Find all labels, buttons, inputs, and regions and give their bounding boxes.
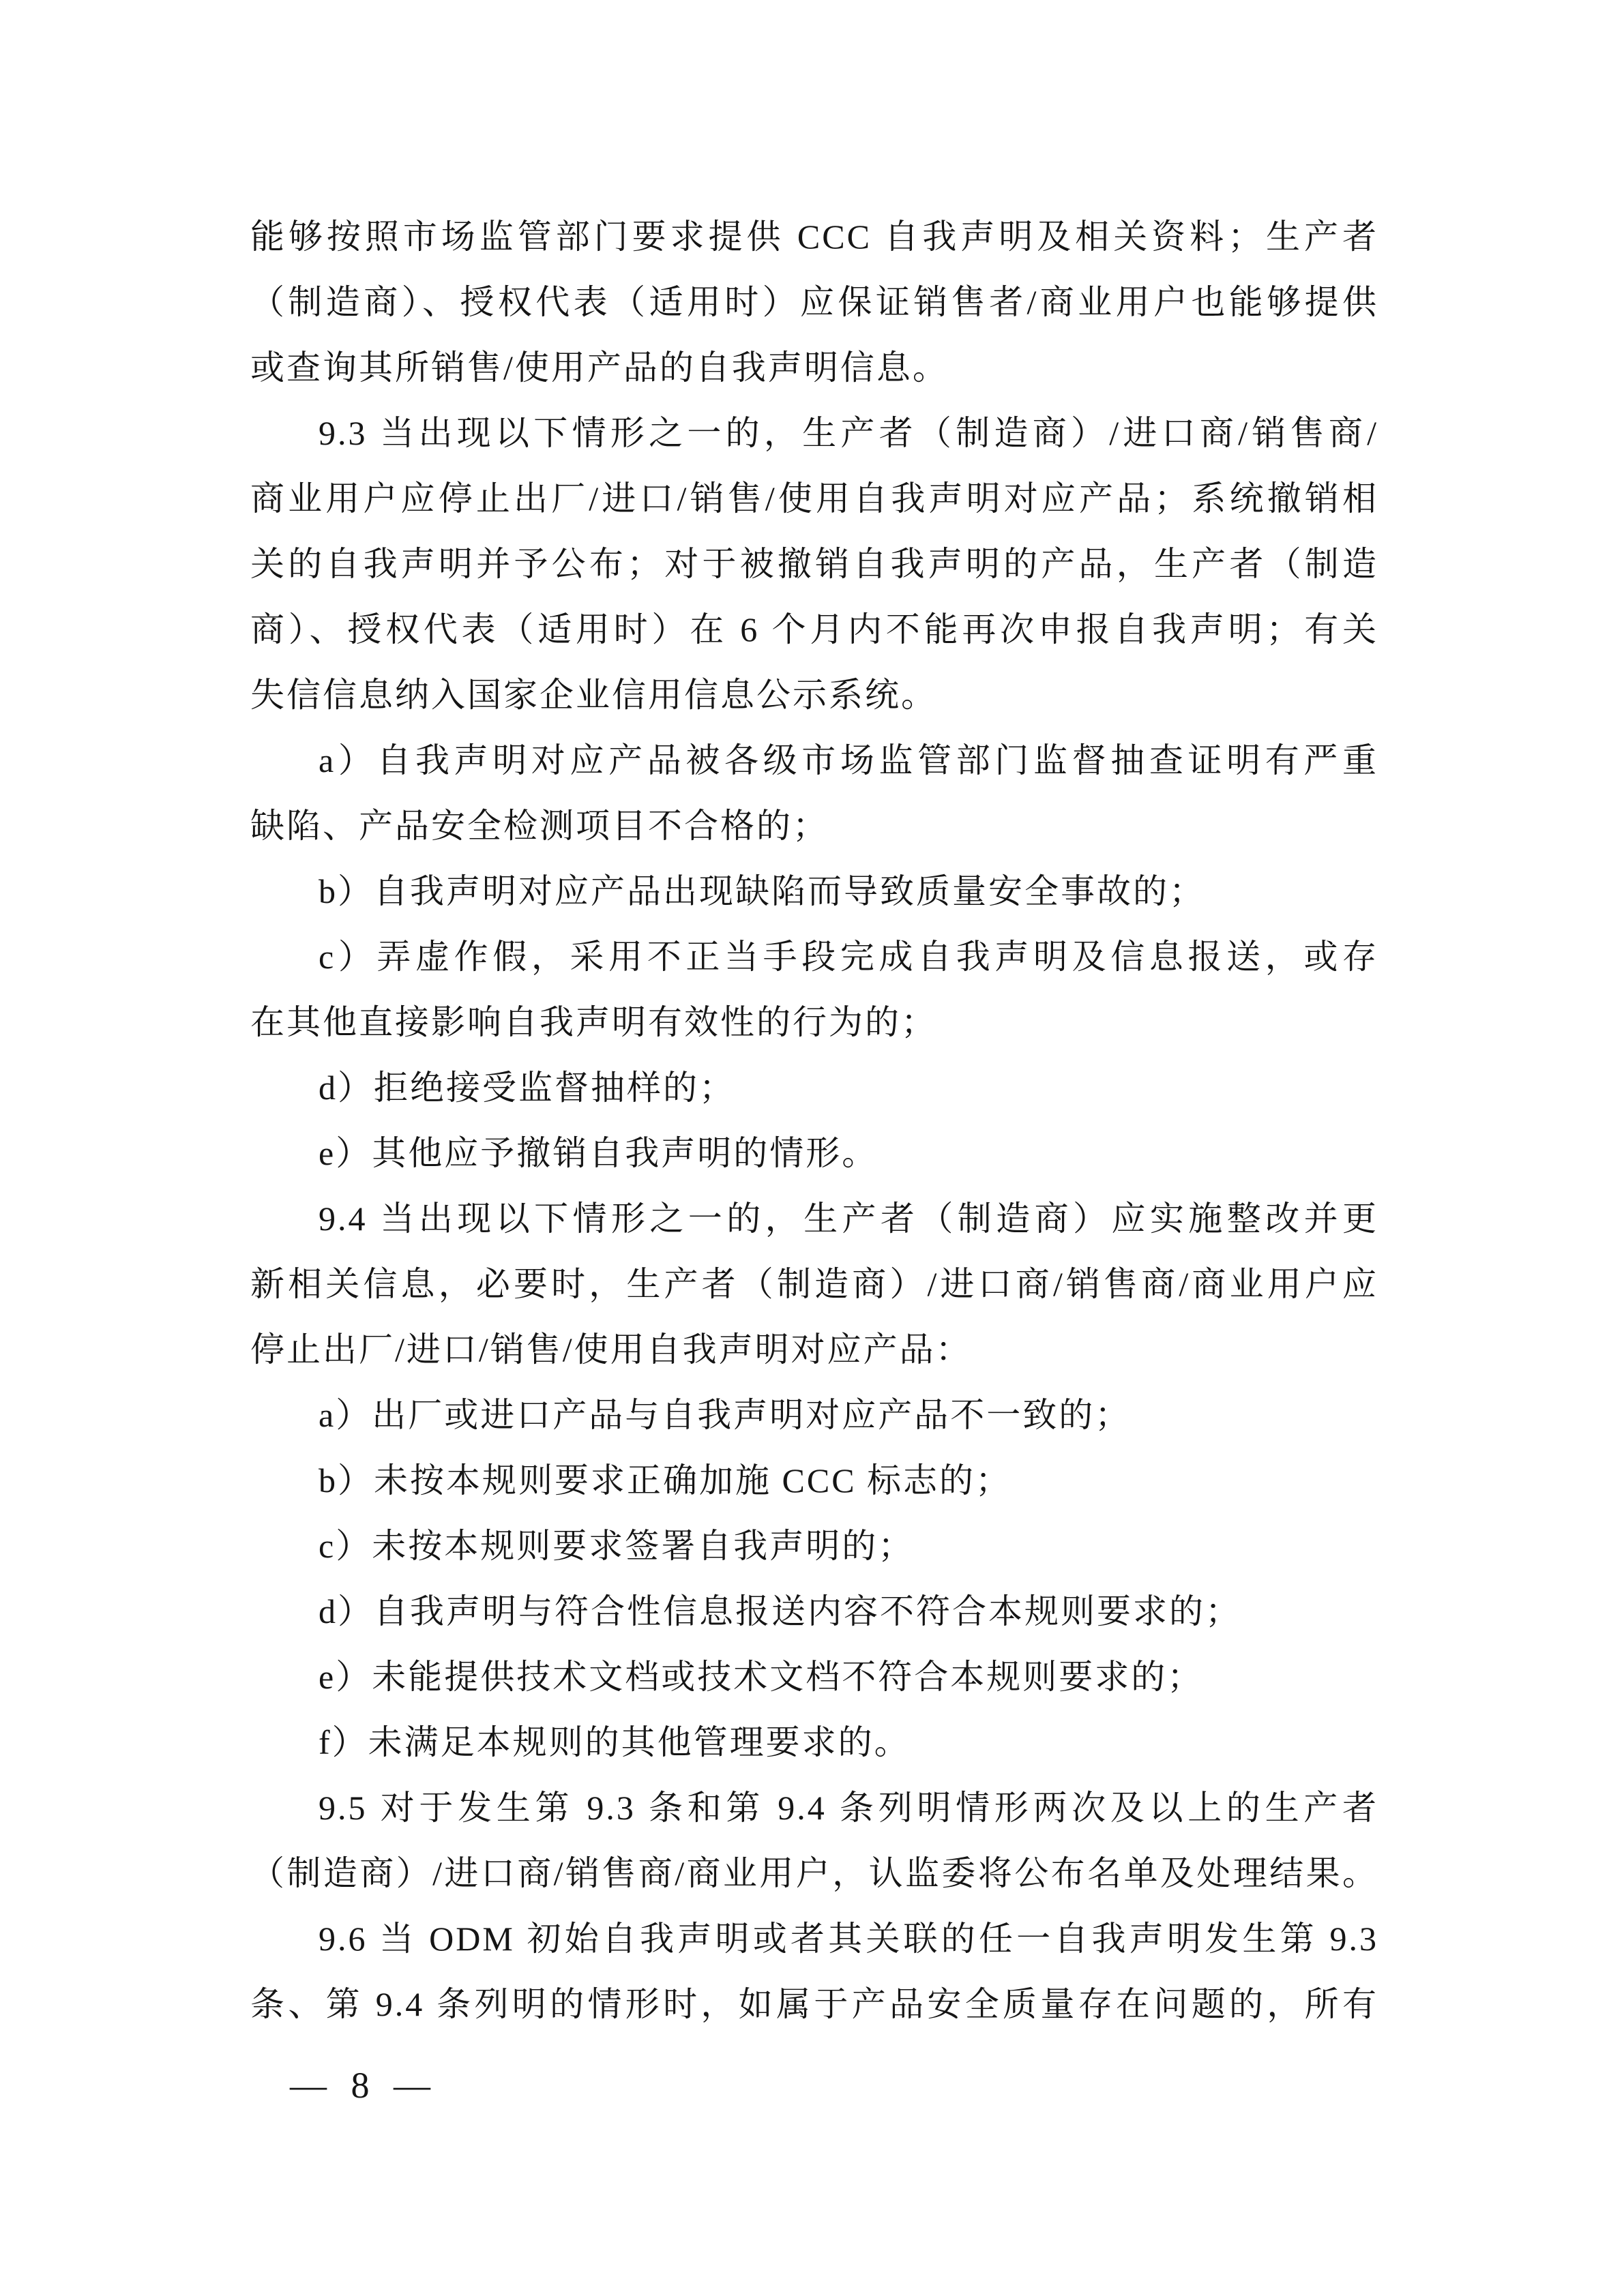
text-line: 在其他直接影响自我声明有效性的行为的； (250, 989, 1378, 1055)
text-line: 或查询其所销售/使用产品的自我声明信息。 (250, 335, 1378, 400)
text-line: 能够按照市场监管部门要求提供 CCC 自我声明及相关资料；生产者 (250, 204, 1378, 269)
text-line-item-f: f）未满足本规则的其他管理要求的。 (250, 1710, 1378, 1775)
text-line-item-c: c）未按本规则要求签署自我声明的； (250, 1513, 1378, 1579)
text-line-item-b: b）自我声明对应产品出现缺陷而导致质量安全事故的； (250, 859, 1378, 924)
text-line: 失信信息纳入国家企业信用信息公示系统。 (250, 662, 1378, 728)
text-line: （制造商）/进口商/销售商/商业用户，认监委将公布名单及处理结果。 (250, 1840, 1378, 1906)
text-line: 新相关信息，必要时，生产者（制造商）/进口商/销售商/商业用户应 (250, 1251, 1378, 1317)
text-line: 停止出厂/进口/销售/使用自我声明对应产品： (250, 1317, 1378, 1382)
text-line: 条、第 9.4 条列明的情形时，如属于产品安全质量存在问题的，所有 (250, 1971, 1378, 2037)
document-body: 能够按照市场监管部门要求提供 CCC 自我声明及相关资料；生产者 （制造商）、授… (250, 204, 1378, 2037)
text-line: 缺陷、产品安全检测项目不合格的； (250, 793, 1378, 859)
text-line-section-9-5: 9.5 对于发生第 9.3 条和第 9.4 条列明情形两次及以上的生产者 (250, 1775, 1378, 1840)
text-line-section-9-4: 9.4 当出现以下情形之一的，生产者（制造商）应实施整改并更 (250, 1186, 1378, 1251)
page-number: — 8 — (290, 2053, 433, 2118)
text-line-item-b: b）未按本规则要求正确加施 CCC 标志的； (250, 1448, 1378, 1513)
text-line: （制造商）、授权代表（适用时）应保证销售者/商业用户也能够提供 (250, 269, 1378, 335)
text-line-item-a: a）出厂或进口产品与自我声明对应产品不一致的； (250, 1382, 1378, 1448)
text-line-item-d: d）自我声明与符合性信息报送内容不符合本规则要求的； (250, 1579, 1378, 1644)
text-line-section-9-6: 9.6 当 ODM 初始自我声明或者其关联的任一自我声明发生第 9.3 (250, 1906, 1378, 1971)
document-page: 能够按照市场监管部门要求提供 CCC 自我声明及相关资料；生产者 （制造商）、授… (0, 0, 1624, 2296)
text-line: 商）、授权代表（适用时）在 6 个月内不能再次申报自我声明；有关 (250, 597, 1378, 662)
text-line: 关的自我声明并予公布；对于被撤销自我声明的产品，生产者（制造 (250, 531, 1378, 597)
text-line-item-c: c）弄虚作假，采用不正当手段完成自我声明及信息报送，或存 (250, 924, 1378, 989)
text-line-item-a: a）自我声明对应产品被各级市场监管部门监督抽查证明有严重 (250, 728, 1378, 793)
text-line-section-9-3: 9.3 当出现以下情形之一的，生产者（制造商）/进口商/销售商/ (250, 400, 1378, 466)
text-line-item-e: e）其他应予撤销自我声明的情形。 (250, 1120, 1378, 1186)
text-line-item-d: d）拒绝接受监督抽样的； (250, 1055, 1378, 1120)
text-line-item-e: e）未能提供技术文档或技术文档不符合本规则要求的； (250, 1644, 1378, 1710)
text-line: 商业用户应停止出厂/进口/销售/使用自我声明对应产品；系统撤销相 (250, 466, 1378, 531)
